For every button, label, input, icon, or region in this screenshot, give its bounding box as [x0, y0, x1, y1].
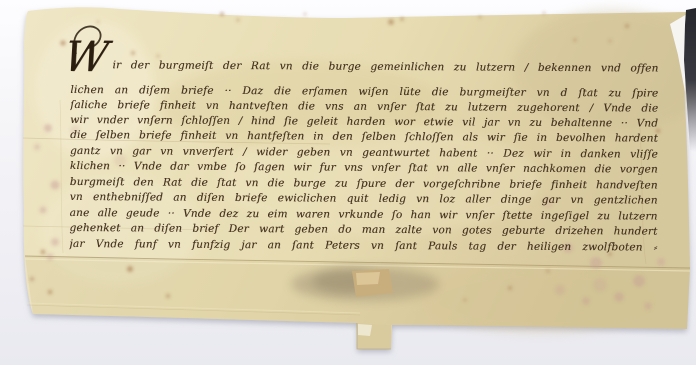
parchment-svg — [0, 0, 696, 365]
seal-tag — [357, 323, 391, 349]
damage-patch — [291, 267, 439, 301]
manuscript-photo: W ir der burgmeiſt der Rat vn die burge … — [0, 0, 696, 365]
